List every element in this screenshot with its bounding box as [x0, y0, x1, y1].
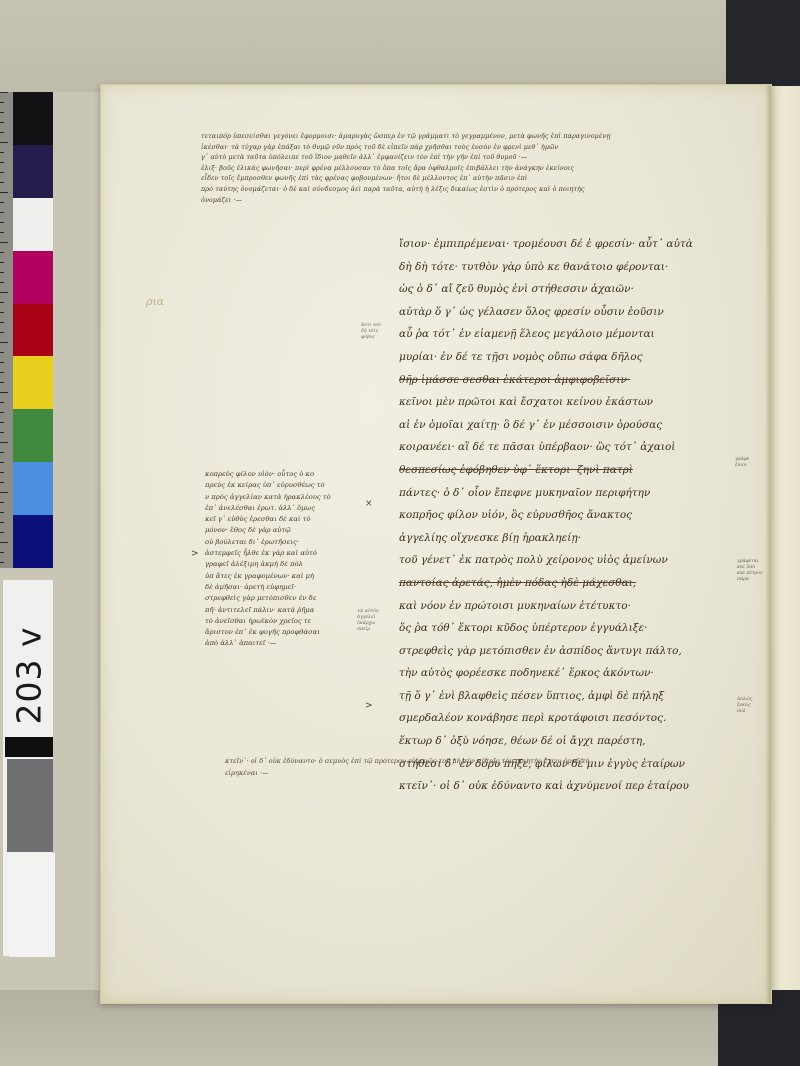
- folio-label-text: 203 v: [10, 626, 49, 724]
- text-line: ἐπ᾽ ἀνελέσθαι ἐρωτ. ἀλλ᾽ ὅμως: [205, 503, 375, 514]
- ruler-tick: [0, 302, 4, 303]
- text-line: ἰκέσθαι· τὰ τύχαρ γὰρ ἐπάξαι τὸ θυμῷ νῦν…: [201, 142, 741, 153]
- text-line: κτεῖν᾽· οἱ δ᾽ οὐκ ἐδύναντο· ὁ σεμνὸς ἐπὶ…: [225, 755, 745, 767]
- ruler-tick: [0, 142, 8, 143]
- ruler-tick: [0, 132, 4, 133]
- text-line: τῇ ὅ γ᾽ ἐνὶ βλαφθεὶς πέσεν ὕπτιος, ἀμφὶ …: [399, 685, 771, 708]
- text-line: κεῖ γ᾽ εὐθὺς ἐρεσθαι δὲ καὶ τὸ: [205, 514, 375, 525]
- ruler-tick: [0, 112, 4, 113]
- text-line: κεῖνοι μὲν πρῶτοι καὶ ἔσχατοι κείνου ἑκά…: [399, 391, 771, 414]
- manuscript-page: ρια τεταιπόρ ὑπεσείσθαι γεγόνει ἔφορμοισ…: [100, 84, 772, 1004]
- ruler-tick: [0, 272, 4, 273]
- text-line: μόνον· ἔθος δὲ γὰρ αὐτῷ: [205, 525, 375, 536]
- ruler-tick: [0, 192, 8, 193]
- ruler-tick: [0, 382, 4, 383]
- text-line: τοῦ γένετ᾽ ἐκ πατρὸς πολὺ χείρονος υἱὸς …: [399, 549, 771, 572]
- ruler-tick: [0, 372, 4, 373]
- text-line: πρεὺς ἐκ κείρας ὑπ᾽ εὐρυσθέως τὸ: [205, 480, 375, 491]
- text-line: ἴσιον· ἐμπιπρέμεναι· τρομέουσι δέ ἐ φρεσ…: [399, 233, 771, 256]
- ruler-tick: [0, 562, 4, 563]
- text-line: δὲ ἀμῆσαι· ἀρετὴ εὐφημεῖ·: [205, 582, 375, 593]
- interlinear-gloss: γράφεταικαὶ ὑπὸκαὶ πέτρουπάρα: [737, 559, 763, 583]
- text-line: πάντες· ὁ δ᾽ οἶον ἔπεφνε μυκηναῖον περιφ…: [399, 482, 771, 505]
- ruler-tick: [0, 292, 8, 293]
- ruler-tick: [0, 152, 4, 153]
- ruler-tick: [0, 202, 4, 203]
- text-line: καὶ νόον ἐν πρώτοισι μυκηναίων ἐτέτυκτο·: [399, 595, 771, 618]
- text-line: στρεφθεὶς γὰρ μετόπισθεν ἐν δε: [205, 593, 375, 604]
- ruler-tick: [0, 532, 4, 533]
- ruler-tick: [0, 552, 4, 553]
- ruler-tick: [0, 92, 8, 93]
- swatch-navy: [13, 515, 53, 568]
- ruler-tick: [0, 392, 8, 393]
- swatch-white: [13, 198, 53, 251]
- text-line: τὴν αὐτὸς φορέεσκε ποδηνεκέ᾽ ἕρκος ἀκόντ…: [399, 662, 771, 685]
- text-line: παντοίας ἀρετάς, ἠμὲν πόδας ἠδὲ μάχεσθαι…: [399, 572, 771, 595]
- interlinear-gloss: ἀπλῶςἔρκοςπολ: [737, 697, 752, 715]
- text-line: ἄριστον ἐπ᾽ ἐκ φυγῆς προφθάσαι: [205, 627, 375, 638]
- text-line: στρεφθεὶς γὰρ μετόπισθεν ἐν ἀσπίδος ἄντυ…: [399, 640, 771, 663]
- ruler-tick: [0, 262, 4, 263]
- text-line: γραφεῖ ἀλέξιμη ἀκμὴ δὲ πόλ: [205, 559, 375, 570]
- text-line: τεταιπόρ ὑπεσείσθαι γεγόνει ἔφορμοισι· ἀ…: [201, 131, 741, 142]
- ruler-tick: [0, 362, 4, 363]
- margin-mark: ×: [365, 499, 373, 509]
- text-line: τὸ ἀνεῖσθαι ἠρωϊκὸν χρεῖος τε: [205, 616, 375, 627]
- ruler-tick: [0, 232, 4, 233]
- ruler-tick: [0, 252, 4, 253]
- text-line: αὖ ῥα τότ᾽ ἐν εἰαμενῇ ἕλεος μεγάλοιο μέμ…: [399, 323, 771, 346]
- ruler-tick: [0, 222, 4, 223]
- ruler-tick: [0, 452, 4, 453]
- ruler-tick: [0, 472, 4, 473]
- dark-cloth: [726, 0, 800, 88]
- ruler-tick: [0, 322, 4, 323]
- ruler-tick: [0, 172, 4, 173]
- text-line: ἐλιξ· βοῦς ἑλικάς φωνῆσαι· περὶ φρένα μέ…: [201, 163, 741, 174]
- margin-mark: >: [365, 701, 373, 711]
- ruler-tick: [0, 432, 4, 433]
- ruler-tick: [0, 342, 8, 343]
- swatch-red: [13, 304, 53, 357]
- interlinear-gloss: γράφεἐνιοι: [735, 457, 749, 469]
- text-line: ὅς ῥα τόθ᾽ ἕκτορι κῦδος ὑπέρτερον ἐγγυάλ…: [399, 617, 771, 640]
- text-line: κοπρῆος φίλον υἱόν, ὃς εὐρυσθῆος ἄνακτος: [399, 504, 771, 527]
- text-line: αἱ ἐν ὁμοῖαι χαίτῃ· ὃ δέ γ᾽ ἐν μέσσοισιν…: [399, 414, 771, 437]
- swatch-green: [13, 409, 53, 462]
- ruler-tick: [0, 512, 4, 513]
- text-line: αὐτὰρ ὅ γ᾽ ὡς γέλασεν ὅλος φρεσίν οὖσιν …: [399, 301, 771, 324]
- folio-label: 203 v: [4, 610, 54, 740]
- text-line: πῆ· ἀντιτελεῖ πάλιν· κατὰ ῥῆμα: [205, 605, 375, 616]
- swatch-dark-violet: [13, 145, 53, 198]
- text-line: πρὸ ταύτης ὀνομάζεται· ὁ δὲ καὶ σύνδεσμο…: [201, 184, 741, 195]
- text-line: ὡς ὁ δ᾽ αἴ ζεῦ θυμὸς ἐνὶ στήθεσσιν ἀχαιῶ…: [399, 278, 771, 301]
- backdrop: [0, 0, 800, 92]
- ruler-tick: [0, 332, 4, 333]
- ruler-tick: [0, 312, 4, 313]
- ruler-tick: [0, 102, 4, 103]
- ruler-tick: [0, 402, 4, 403]
- swatch-black: [13, 92, 53, 145]
- text-line: θεσπεσίως ἐφόβηθεν ὑφ᾽ ἕκτορι· ζηνὶ πατρ…: [399, 459, 771, 482]
- ruler-tick: [0, 162, 4, 163]
- text-line: γ᾽ αὐτὸ μετὰ ταῦτα ὑπόλειπε τοῦ ἴδιον μα…: [201, 152, 741, 163]
- text-line: ἀπὸ ἀλλ᾽ ἀπαιτεῖ ·—: [205, 638, 375, 649]
- main-text-column: ἴσιον· ἐμπιπρέμεναι· τρομέουσι δέ ἐ φρεσ…: [399, 233, 771, 798]
- ruler-tick: [0, 352, 4, 353]
- text-line: μυρίαι· ἐν δέ τε τῇσι νομὸς οὔπω σάφα δῆ…: [399, 346, 771, 369]
- ruler-tick: [0, 482, 4, 483]
- text-line: ἀγγελίης οἴχνεσκε βίῃ ἡρακληείῃ·: [399, 527, 771, 550]
- grey-scale-mid: [7, 759, 53, 852]
- text-line: δὴ δὴ τότε· τυτθὸν γὰρ ὑπὸ κε θανάτοιο φ…: [399, 256, 771, 279]
- text-line: ἕκτωρ δ᾽ ὀξὺ νόησε, θέων δέ οἱ ἄγχι παρέ…: [399, 730, 771, 753]
- text-line: εἶδεν τοῖς ἔμπροσθεν φωνῆς ἐπὶ τὰς φρένα…: [201, 173, 741, 184]
- ruler-tick: [0, 122, 4, 123]
- text-line: κοπρεὺς φίλον υἱὸν· οὗτος ὁ κο: [205, 469, 375, 480]
- ruler: [0, 92, 13, 568]
- grey-scale-white: [9, 853, 55, 957]
- interlinear-gloss: τῷ αὐτὸνἀγγελεῖὑπάρχωσπεῖρ: [357, 609, 379, 633]
- text-line: ν πρὸς ἀγγελίαν κατὰ ἡρακλέους τὸ: [205, 492, 375, 503]
- ruler-tick: [0, 462, 4, 463]
- ruler-tick: [0, 242, 8, 243]
- text-line: οὐ βούλεται δι᾽ ἐρωτῆσεις·: [205, 537, 375, 548]
- scholia-top: τεταιπόρ ὑπεσείσθαι γεγόνει ἔφορμοισι· ἀ…: [201, 131, 741, 205]
- color-calibration-strip: [13, 92, 53, 568]
- grey-scale-black: [5, 737, 53, 757]
- text-line: ὑπ ἄτες ἐκ γραφομένων· καὶ μὴ: [205, 571, 375, 582]
- interlinear-gloss: ἀντὶ τοῦδὴ τότεφόβος: [361, 323, 381, 341]
- text-line: ἀστεμφεῖς ἦλθε ἐκ γὰρ καὶ αὐτὸ: [205, 548, 375, 559]
- ruler-tick: [0, 502, 4, 503]
- text-line: σμερδαλέον κονάβησε περὶ κροτάφοισι πεσό…: [399, 707, 771, 730]
- ruler-tick: [0, 442, 8, 443]
- ruler-tick: [0, 182, 4, 183]
- swatch-cyan-blue: [13, 462, 53, 515]
- ruler-tick: [0, 522, 4, 523]
- scholia-bottom: κτεῖν᾽· οἱ δ᾽ οὐκ ἐδύναντο· ὁ σεμνὸς ἐπὶ…: [225, 755, 745, 779]
- text-line: εἰρηκέναι ·—: [225, 767, 745, 779]
- scholia-left: κοπρεὺς φίλον υἱὸν· οὗτος ὁ κοπρεὺς ἐκ κ…: [205, 469, 375, 650]
- text-line: θῆρ ἱμάσσε σεσθαι ἑκάτεροι ἀμφιφοβεῖσιν·: [399, 369, 771, 392]
- ruler-tick: [0, 422, 4, 423]
- ruler-tick: [0, 492, 8, 493]
- ruler-tick: [0, 212, 4, 213]
- swatch-magenta: [13, 251, 53, 304]
- ruler-tick: [0, 282, 4, 283]
- text-line: κοιρανέει· αἳ δέ τε πᾶσαι ὑπέρβαον· ὣς τ…: [399, 436, 771, 459]
- ruler-tick: [0, 542, 8, 543]
- text-line: ὀνομάζει ·—: [201, 195, 741, 206]
- ruler-tick: [0, 412, 4, 413]
- margin-mark: >: [191, 549, 199, 559]
- swatch-yellow: [13, 356, 53, 409]
- marginal-folio-number: ρια: [146, 295, 164, 308]
